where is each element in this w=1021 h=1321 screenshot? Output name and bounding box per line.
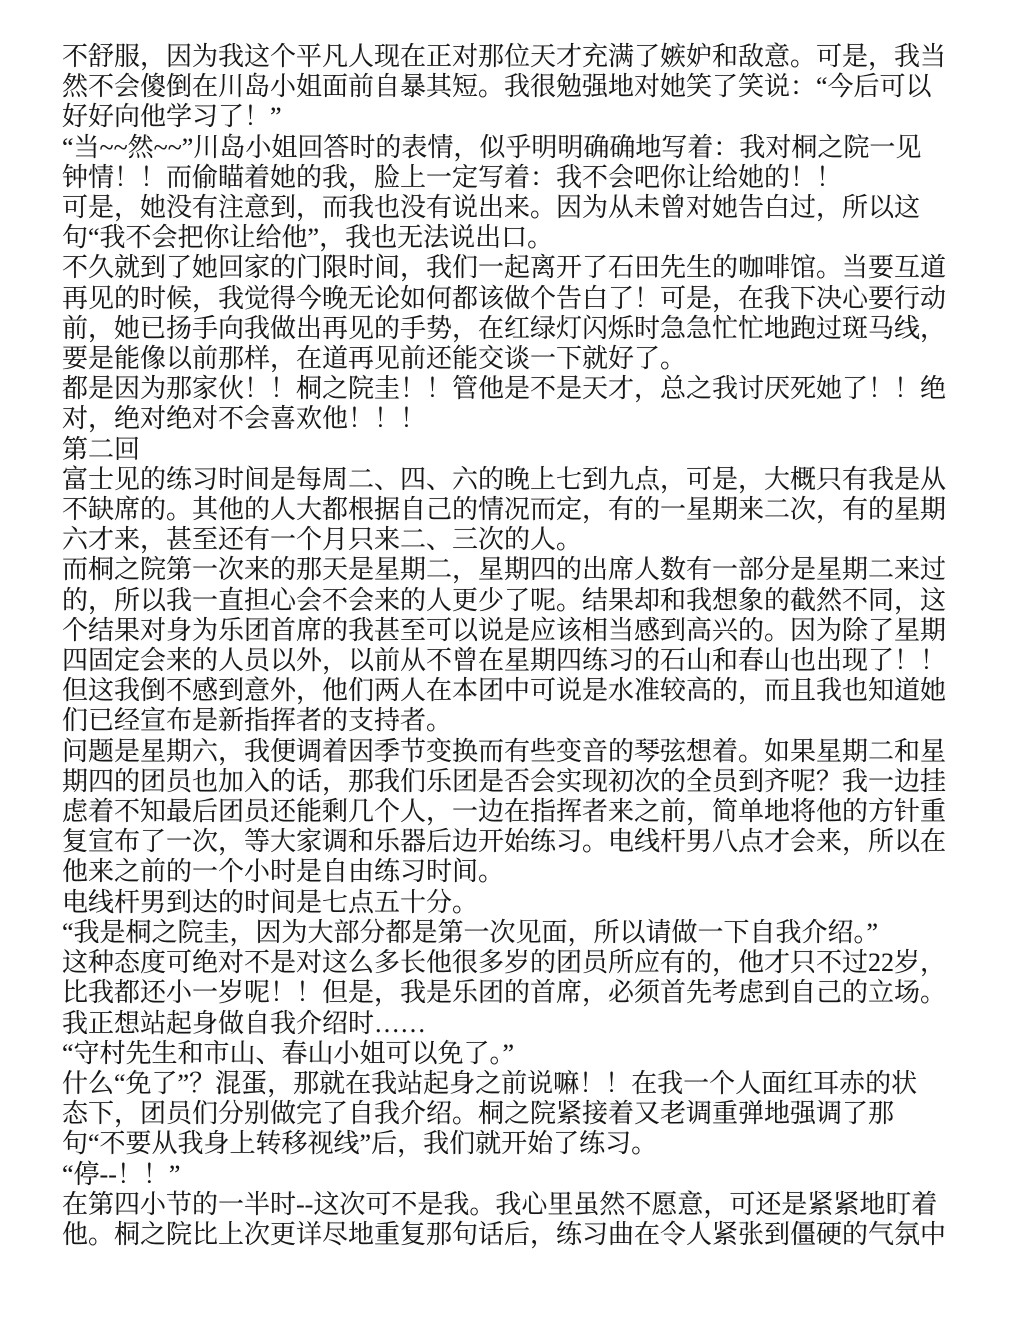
text-line: 要是能像以前那样，在道再见前还能交谈一下就好了。 bbox=[62, 344, 967, 374]
text-line: 问题是星期六，我便调着因季节变换而有些变音的琴弦想着。如果星期二和星 bbox=[62, 737, 967, 767]
text-line: “停--！！” bbox=[62, 1160, 967, 1190]
text-line: 虑着不知最后团员还能剩几个人，一边在指挥者来之前，简单地将他的方针重 bbox=[62, 797, 967, 827]
text-line: 他来之前的一个小时是自由练习时间。 bbox=[62, 857, 967, 887]
text-line: 而桐之院第一次来的那天是星期二，星期四的出席人数有一部分是星期二来过 bbox=[62, 555, 967, 585]
text-line: 钟情！！而偷瞄着她的我，脸上一定写着：我不会吧你让给她的！！ bbox=[62, 163, 967, 193]
text-line: 什么“免了”？混蛋，那就在我站起身之前说嘛！！在我一个人面红耳赤的状 bbox=[62, 1069, 967, 1099]
chapter-heading: 第二回 bbox=[62, 435, 967, 465]
text-line: “当~~然~~”川岛小姐回答时的表情，似乎明明确确地写着：我对桐之院一见 bbox=[62, 133, 967, 163]
text-line: 前，她已扬手向我做出再见的手势，在红绿灯闪烁时急急忙忙地跑过斑马线， bbox=[62, 314, 967, 344]
text-line: 句“不要从我身上转移视线”后，我们就开始了练习。 bbox=[62, 1129, 967, 1159]
document-page: 不舒服，因为我这个平凡人现在正对那位天才充满了嫉妒和敌意。可是，我当然不会傻倒在… bbox=[0, 0, 1021, 1321]
text-line: 然不会傻倒在川岛小姐面前自暴其短。我很勉强地对她笑了笑说：“今后可以 bbox=[62, 72, 967, 102]
text-line: 富士见的练习时间是每周二、四、六的晚上七到九点，可是，大概只有我是从 bbox=[62, 465, 967, 495]
text-line: 复宣布了一次，等大家调和乐器后边开始练习。电线杆男八点才会来，所以在 bbox=[62, 827, 967, 857]
text-line: 态下，团员们分别做完了自我介绍。桐之院紧接着又老调重弹地强调了那 bbox=[62, 1099, 967, 1129]
text-line: 在第四小节的一半时--这次可不是我。我心里虽然不愿意，可还是紧紧地盯着 bbox=[62, 1190, 967, 1220]
text-line: 六才来，甚至还有一个月只来二、三次的人。 bbox=[62, 525, 967, 555]
text-line: 他。桐之院比上次更详尽地重复那句话后，练习曲在令人紧张到僵硬的气氛中 bbox=[62, 1220, 967, 1250]
text-line: 不久就到了她回家的门限时间，我们一起离开了石田先生的咖啡馆。当要互道 bbox=[62, 253, 967, 283]
text-line: 这种态度可绝对不是对这么多长他很多岁的团员所应有的，他才只不过22岁， bbox=[62, 948, 967, 978]
text-line: 电线杆男到达的时间是七点五十分。 bbox=[62, 888, 967, 918]
text-line: 比我都还小一岁呢！！但是，我是乐团的首席，必须首先考虑到自己的立场。 bbox=[62, 978, 967, 1008]
text-line: 好好向他学习了！” bbox=[62, 102, 967, 132]
text-line: 个结果对身为乐团首席的我甚至可以说是应该相当感到高兴的。因为除了星期 bbox=[62, 616, 967, 646]
text-line: 再见的时候，我觉得今晚无论如何都该做个告白了！可是，在我下决心要行动 bbox=[62, 284, 967, 314]
text-line: 不舒服，因为我这个平凡人现在正对那位天才充满了嫉妒和敌意。可是，我当 bbox=[62, 42, 967, 72]
text-line: 我正想站起身做自我介绍时…… bbox=[62, 1009, 967, 1039]
text-line: 的，所以我一直担心会不会来的人更少了呢。结果却和我想象的截然不同，这 bbox=[62, 586, 967, 616]
text-line: 句“我不会把你让给他”，我也无法说出口。 bbox=[62, 223, 967, 253]
text-line: “守村先生和市山、春山小姐可以免了。” bbox=[62, 1039, 967, 1069]
text-line: 们已经宣布是新指挥者的支持者。 bbox=[62, 706, 967, 736]
text-line: 都是因为那家伙！！桐之院圭！！管他是不是天才，总之我讨厌死她了！！绝 bbox=[62, 374, 967, 404]
text-line: 对，绝对绝对不会喜欢他！！！ bbox=[62, 404, 967, 434]
text-line: “我是桐之院圭，因为大部分都是第一次见面，所以请做一下自我介绍。” bbox=[62, 918, 967, 948]
text-line: 四固定会来的人员以外，以前从不曾在星期四练习的石山和春山也出现了！！ bbox=[62, 646, 967, 676]
text-line: 不缺席的。其他的人大都根据自己的情况而定，有的一星期来二次，有的星期 bbox=[62, 495, 967, 525]
page-text: 不舒服，因为我这个平凡人现在正对那位天才充满了嫉妒和敌意。可是，我当然不会傻倒在… bbox=[62, 42, 967, 1250]
text-line: 可是，她没有注意到，而我也没有说出来。因为从未曾对她告白过，所以这 bbox=[62, 193, 967, 223]
text-line: 但这我倒不感到意外，他们两人在本团中可说是水准较高的，而且我也知道她 bbox=[62, 676, 967, 706]
text-line: 期四的团员也加入的话，那我们乐团是否会实现初次的全员到齐呢？我一边挂 bbox=[62, 767, 967, 797]
